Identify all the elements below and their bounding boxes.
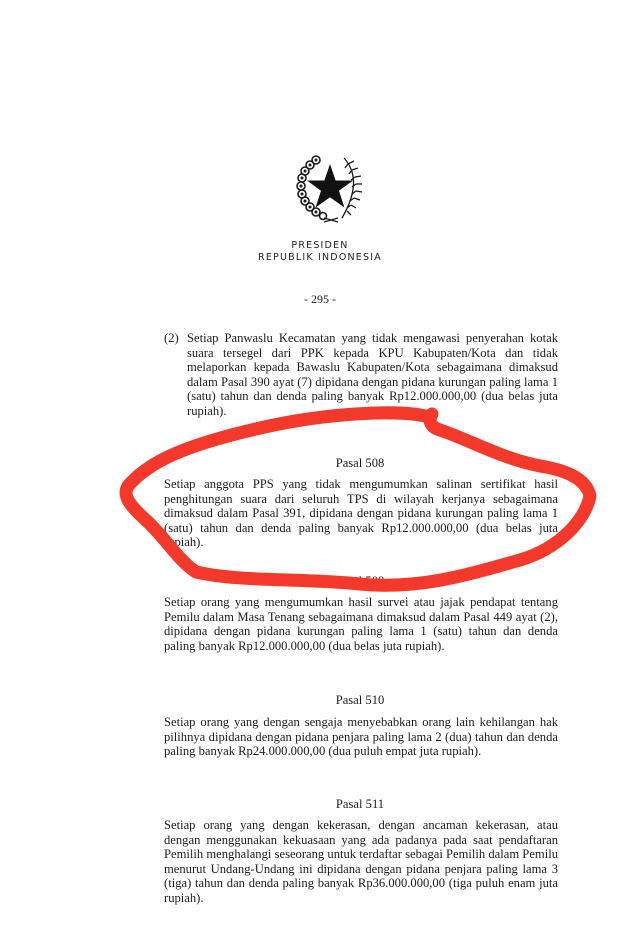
article-title-508: Pasal 508 (0, 456, 640, 471)
article-text-509: Setiap orang yang mengumumkan hasil surv… (164, 595, 558, 653)
header-president: PRESIDEN (0, 240, 640, 251)
ayat-number: (2) (164, 331, 179, 346)
article-body: Setiap orang yang dengan kekerasan, deng… (164, 818, 558, 906)
article-text-510: Setiap orang yang dengan sengaja menyeba… (164, 715, 558, 759)
page-number: - 295 - (0, 292, 640, 307)
header-republic: REPUBLIK INDONESIA (0, 252, 640, 263)
article-body: Setiap orang yang mengumumkan hasil surv… (164, 595, 558, 653)
document-page: PRESIDEN REPUBLIK INDONESIA - 295 - (2) … (0, 0, 640, 937)
ayat-text: Setiap Panwaslu Kecamatan yang tidak men… (164, 331, 558, 419)
article-text-508: Setiap anggota PPS yang tidak mengumumka… (164, 477, 558, 550)
article-body: Setiap orang yang dengan sengaja menyeba… (164, 715, 558, 759)
article-text-511: Setiap orang yang dengan kekerasan, deng… (164, 818, 558, 906)
garuda-star-emblem-icon (280, 150, 380, 230)
article-title-511: Pasal 511 (0, 797, 640, 812)
article-body: Setiap anggota PPS yang tidak mengumumka… (164, 477, 558, 550)
article-title-509: Pasal 509 (0, 574, 640, 589)
article-title-510: Pasal 510 (0, 693, 640, 708)
ayat-2: (2) Setiap Panwaslu Kecamatan yang tidak… (164, 331, 558, 419)
